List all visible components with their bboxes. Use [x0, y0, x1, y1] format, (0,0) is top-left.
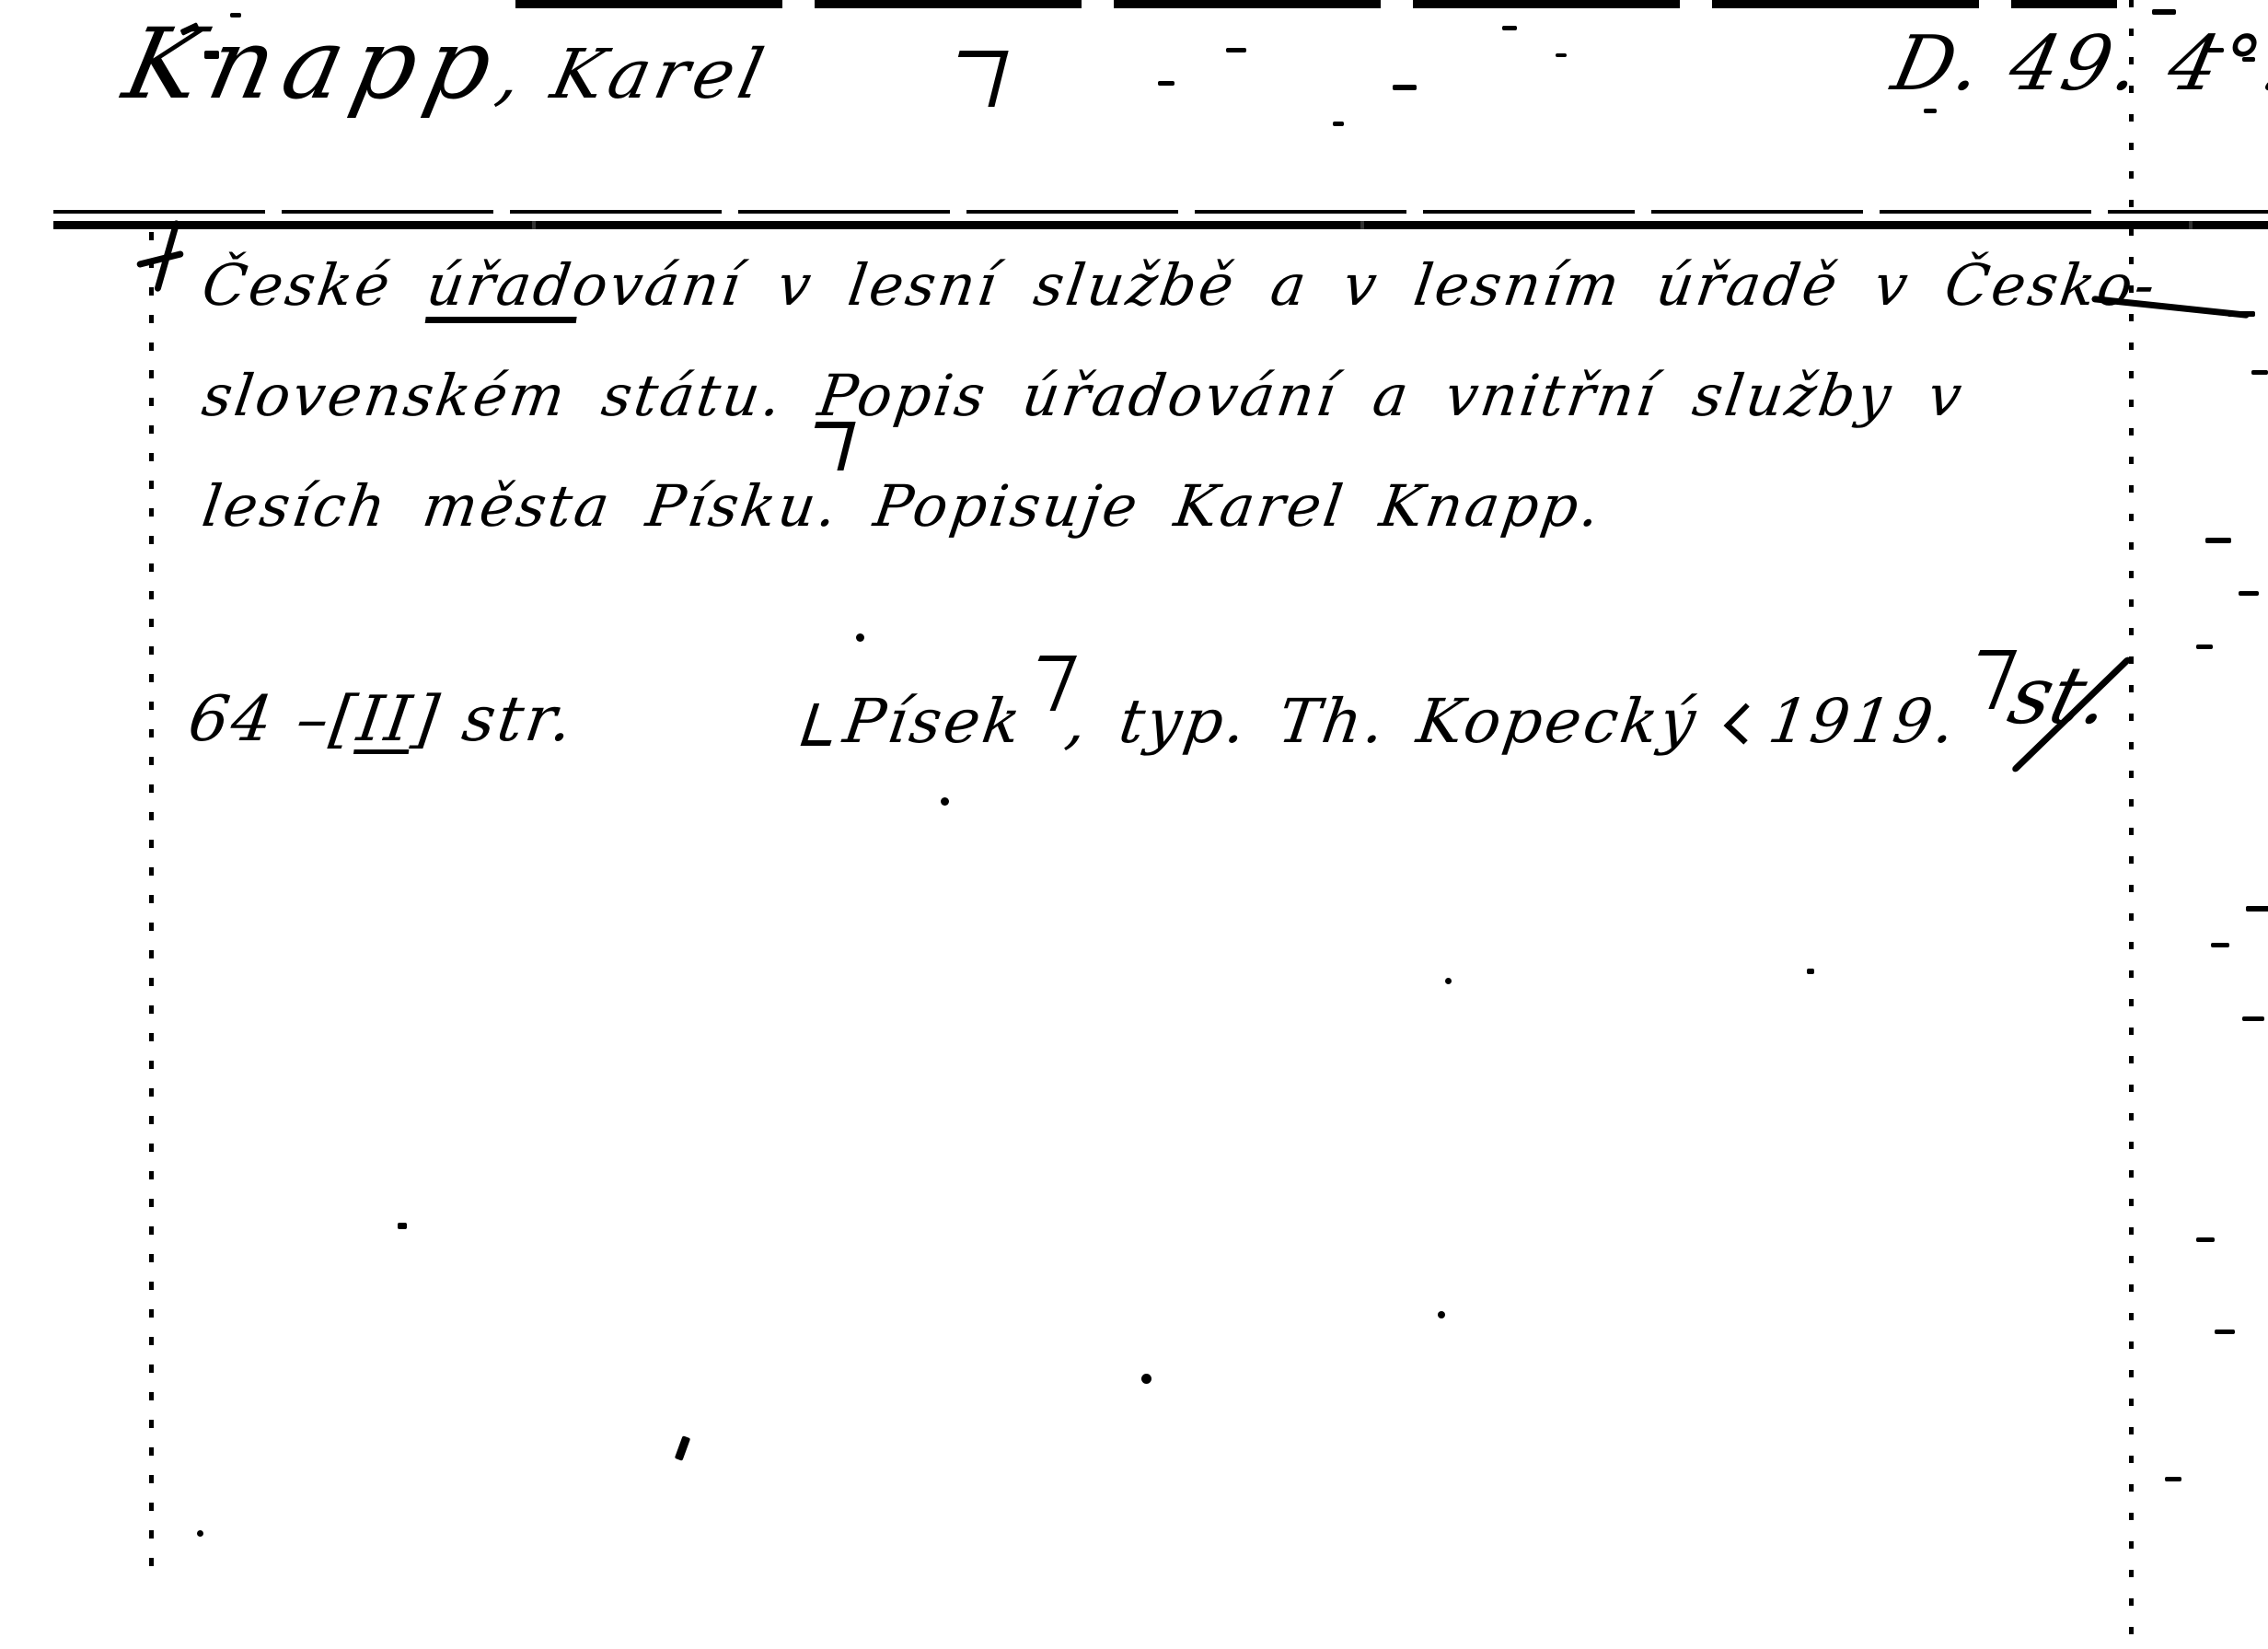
- noise-speck: [2251, 370, 2268, 375]
- noise-speck: [2227, 311, 2255, 317]
- noise-speck: [1141, 1374, 1151, 1384]
- header-rule-thin: [53, 210, 2268, 214]
- noise-speck: [2239, 591, 2259, 596]
- noise-speck: [856, 633, 864, 642]
- left-dotted-ruling: [149, 232, 154, 1569]
- collation-pages: 64 –[: [184, 683, 364, 756]
- noise-speck: [1438, 1311, 1445, 1318]
- noise-speck: [2207, 48, 2224, 52]
- noise-speck: [1333, 122, 1344, 126]
- collation-suffix: ] str.: [408, 683, 579, 756]
- annotation-mark: st.: [1986, 650, 2161, 797]
- noise-speck: [1445, 978, 1452, 984]
- insertion-mark-icon: [136, 219, 195, 293]
- corner-mark-icon: [1957, 650, 2017, 709]
- imprint-year: 1919.: [1765, 686, 1962, 757]
- title-statement: České úřadování v lesní službě a v lesní…: [195, 230, 2183, 562]
- imprint-place: Písek: [839, 686, 1027, 757]
- author-given-name: , Karel: [491, 35, 776, 114]
- noise-speck: [941, 797, 949, 806]
- noise-speck: [1226, 48, 1246, 52]
- corner-mark-icon: [801, 703, 844, 746]
- title-line-1-post: v lesní službě a v lesním úřadě v Česko-: [738, 251, 2162, 319]
- noise-speck: [2246, 906, 2268, 912]
- noise-speck: [2242, 57, 2255, 62]
- title-line-2: slovenském státu. Popis úřadování a vnit…: [195, 341, 2199, 451]
- author-surname: Knapp: [115, 7, 514, 121]
- noise-speck: [2196, 645, 2213, 649]
- collation: 64 –[II] str.: [184, 683, 580, 756]
- noise-speck: [1158, 81, 1174, 86]
- title-line-1-pre: České: [198, 251, 432, 319]
- noise-speck: [675, 1435, 690, 1461]
- title-line-1: České úřadování v lesní službě a v lesní…: [195, 230, 2199, 341]
- title-line-3: lesích města Písku. Popisuje Karel Knapp…: [195, 451, 2199, 562]
- noise-speck: [204, 51, 219, 59]
- noise-speck: [2215, 1330, 2235, 1334]
- title-underlined-word: úřadování: [422, 251, 747, 326]
- catalog-card: Knapp, Karel D. 49. 4°. České úřadování …: [0, 0, 2268, 1649]
- noise-speck: [1502, 26, 1517, 30]
- noise-speck: [2196, 1237, 2215, 1242]
- noise-speck: [197, 1530, 203, 1537]
- imprint: Písek, typ. Th. Kopecký 1919.: [803, 683, 2005, 757]
- noise-speck: [1393, 85, 1417, 90]
- noise-speck: [2211, 943, 2229, 947]
- noise-speck: [2165, 1477, 2181, 1481]
- noise-speck: [1556, 53, 1567, 57]
- heading-author: Knapp, Karel: [115, 7, 781, 121]
- noise-speck: [230, 13, 241, 17]
- caret-icon: [945, 51, 1008, 107]
- noise-speck: [2242, 1016, 2264, 1021]
- shelfmark: D. 49. 4°.: [1885, 20, 2268, 108]
- noise-speck: [2205, 538, 2231, 543]
- noise-speck: [2152, 9, 2176, 15]
- imprint-publisher: , typ. Th. Kopecký: [1061, 686, 1733, 757]
- header-rule-thick: [53, 221, 2268, 229]
- noise-speck: [1807, 969, 1814, 974]
- noise-speck: [1924, 109, 1937, 113]
- noise-speck: [398, 1223, 407, 1229]
